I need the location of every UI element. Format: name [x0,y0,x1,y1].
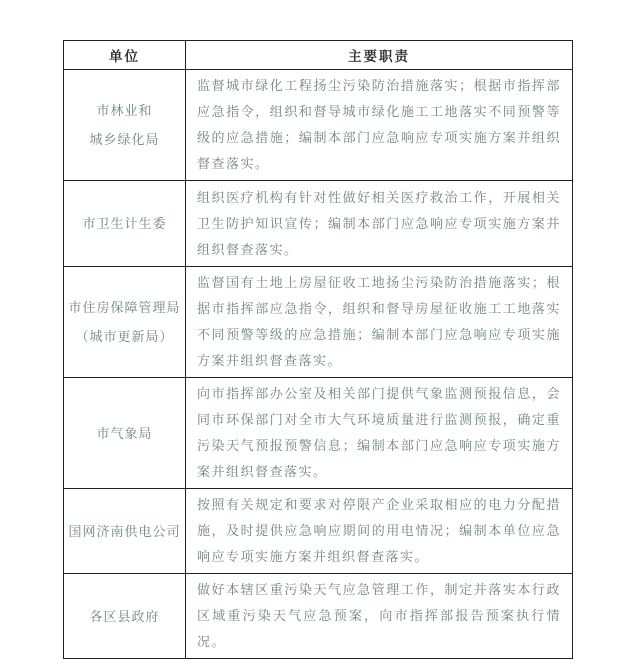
table-row: 市气象局 向市指挥部办公室及相关部门提供气象监测预报信息，会同市环保部门对全市大… [64,378,573,489]
unit-cell: 市气象局 [64,378,186,489]
duty-cell: 监督国有土地上房屋征收工地扬尘污染防治措施落实；根据市指挥部应急指令，组织和督导… [186,267,573,378]
table-row: 市卫生计生委 组织医疗机构有针对性做好相关医疗救治工作，开展相关卫生防护知识宣传… [64,181,573,267]
unit-column-header: 单位 [64,41,186,70]
unit-cell: 各区县政府 [64,574,186,659]
unit-cell: 市林业和 城乡绿化局 [64,70,186,181]
header-row: 单位 主要职责 [64,41,573,70]
duty-cell: 组织医疗机构有针对性做好相关医疗救治工作，开展相关卫生防护知识宣传；编制本部门应… [186,181,573,267]
table-row: 国网济南供电公司 按照有关规定和要求对停限产企业采取相应的电力分配措施，及时提供… [64,489,573,574]
table-row: 市住房保障管理局 （城市更新局） 监督国有土地上房屋征收工地扬尘污染防治措施落实… [64,267,573,378]
document-page: 单位 主要职责 市林业和 城乡绿化局 监督城市绿化工程扬尘污染防治措施落实；根据… [0,0,634,669]
unit-cell: 市住房保障管理局 （城市更新局） [64,267,186,378]
duty-cell: 向市指挥部办公室及相关部门提供气象监测预报信息，会同市环保部门对全市大气环境质量… [186,378,573,489]
responsibilities-table: 单位 主要职责 市林业和 城乡绿化局 监督城市绿化工程扬尘污染防治措施落实；根据… [63,40,573,659]
table-row: 各区县政府 做好本辖区重污染天气应急管理工作，制定并落实本行政区域重污染天气应急… [64,574,573,659]
duty-cell: 监督城市绿化工程扬尘污染防治措施落实；根据市指挥部应急指令，组织和督导城市绿化施… [186,70,573,181]
unit-cell: 市卫生计生委 [64,181,186,267]
duty-column-header: 主要职责 [186,41,573,70]
duty-cell: 按照有关规定和要求对停限产企业采取相应的电力分配措施，及时提供应急响应期间的用电… [186,489,573,574]
table-row: 市林业和 城乡绿化局 监督城市绿化工程扬尘污染防治措施落实；根据市指挥部应急指令… [64,70,573,181]
unit-cell: 国网济南供电公司 [64,489,186,574]
duty-cell: 做好本辖区重污染天气应急管理工作，制定并落实本行政区域重污染天气应急预案，向市指… [186,574,573,659]
responsibilities-table-wrapper: 单位 主要职责 市林业和 城乡绿化局 监督城市绿化工程扬尘污染防治措施落实；根据… [63,40,572,659]
